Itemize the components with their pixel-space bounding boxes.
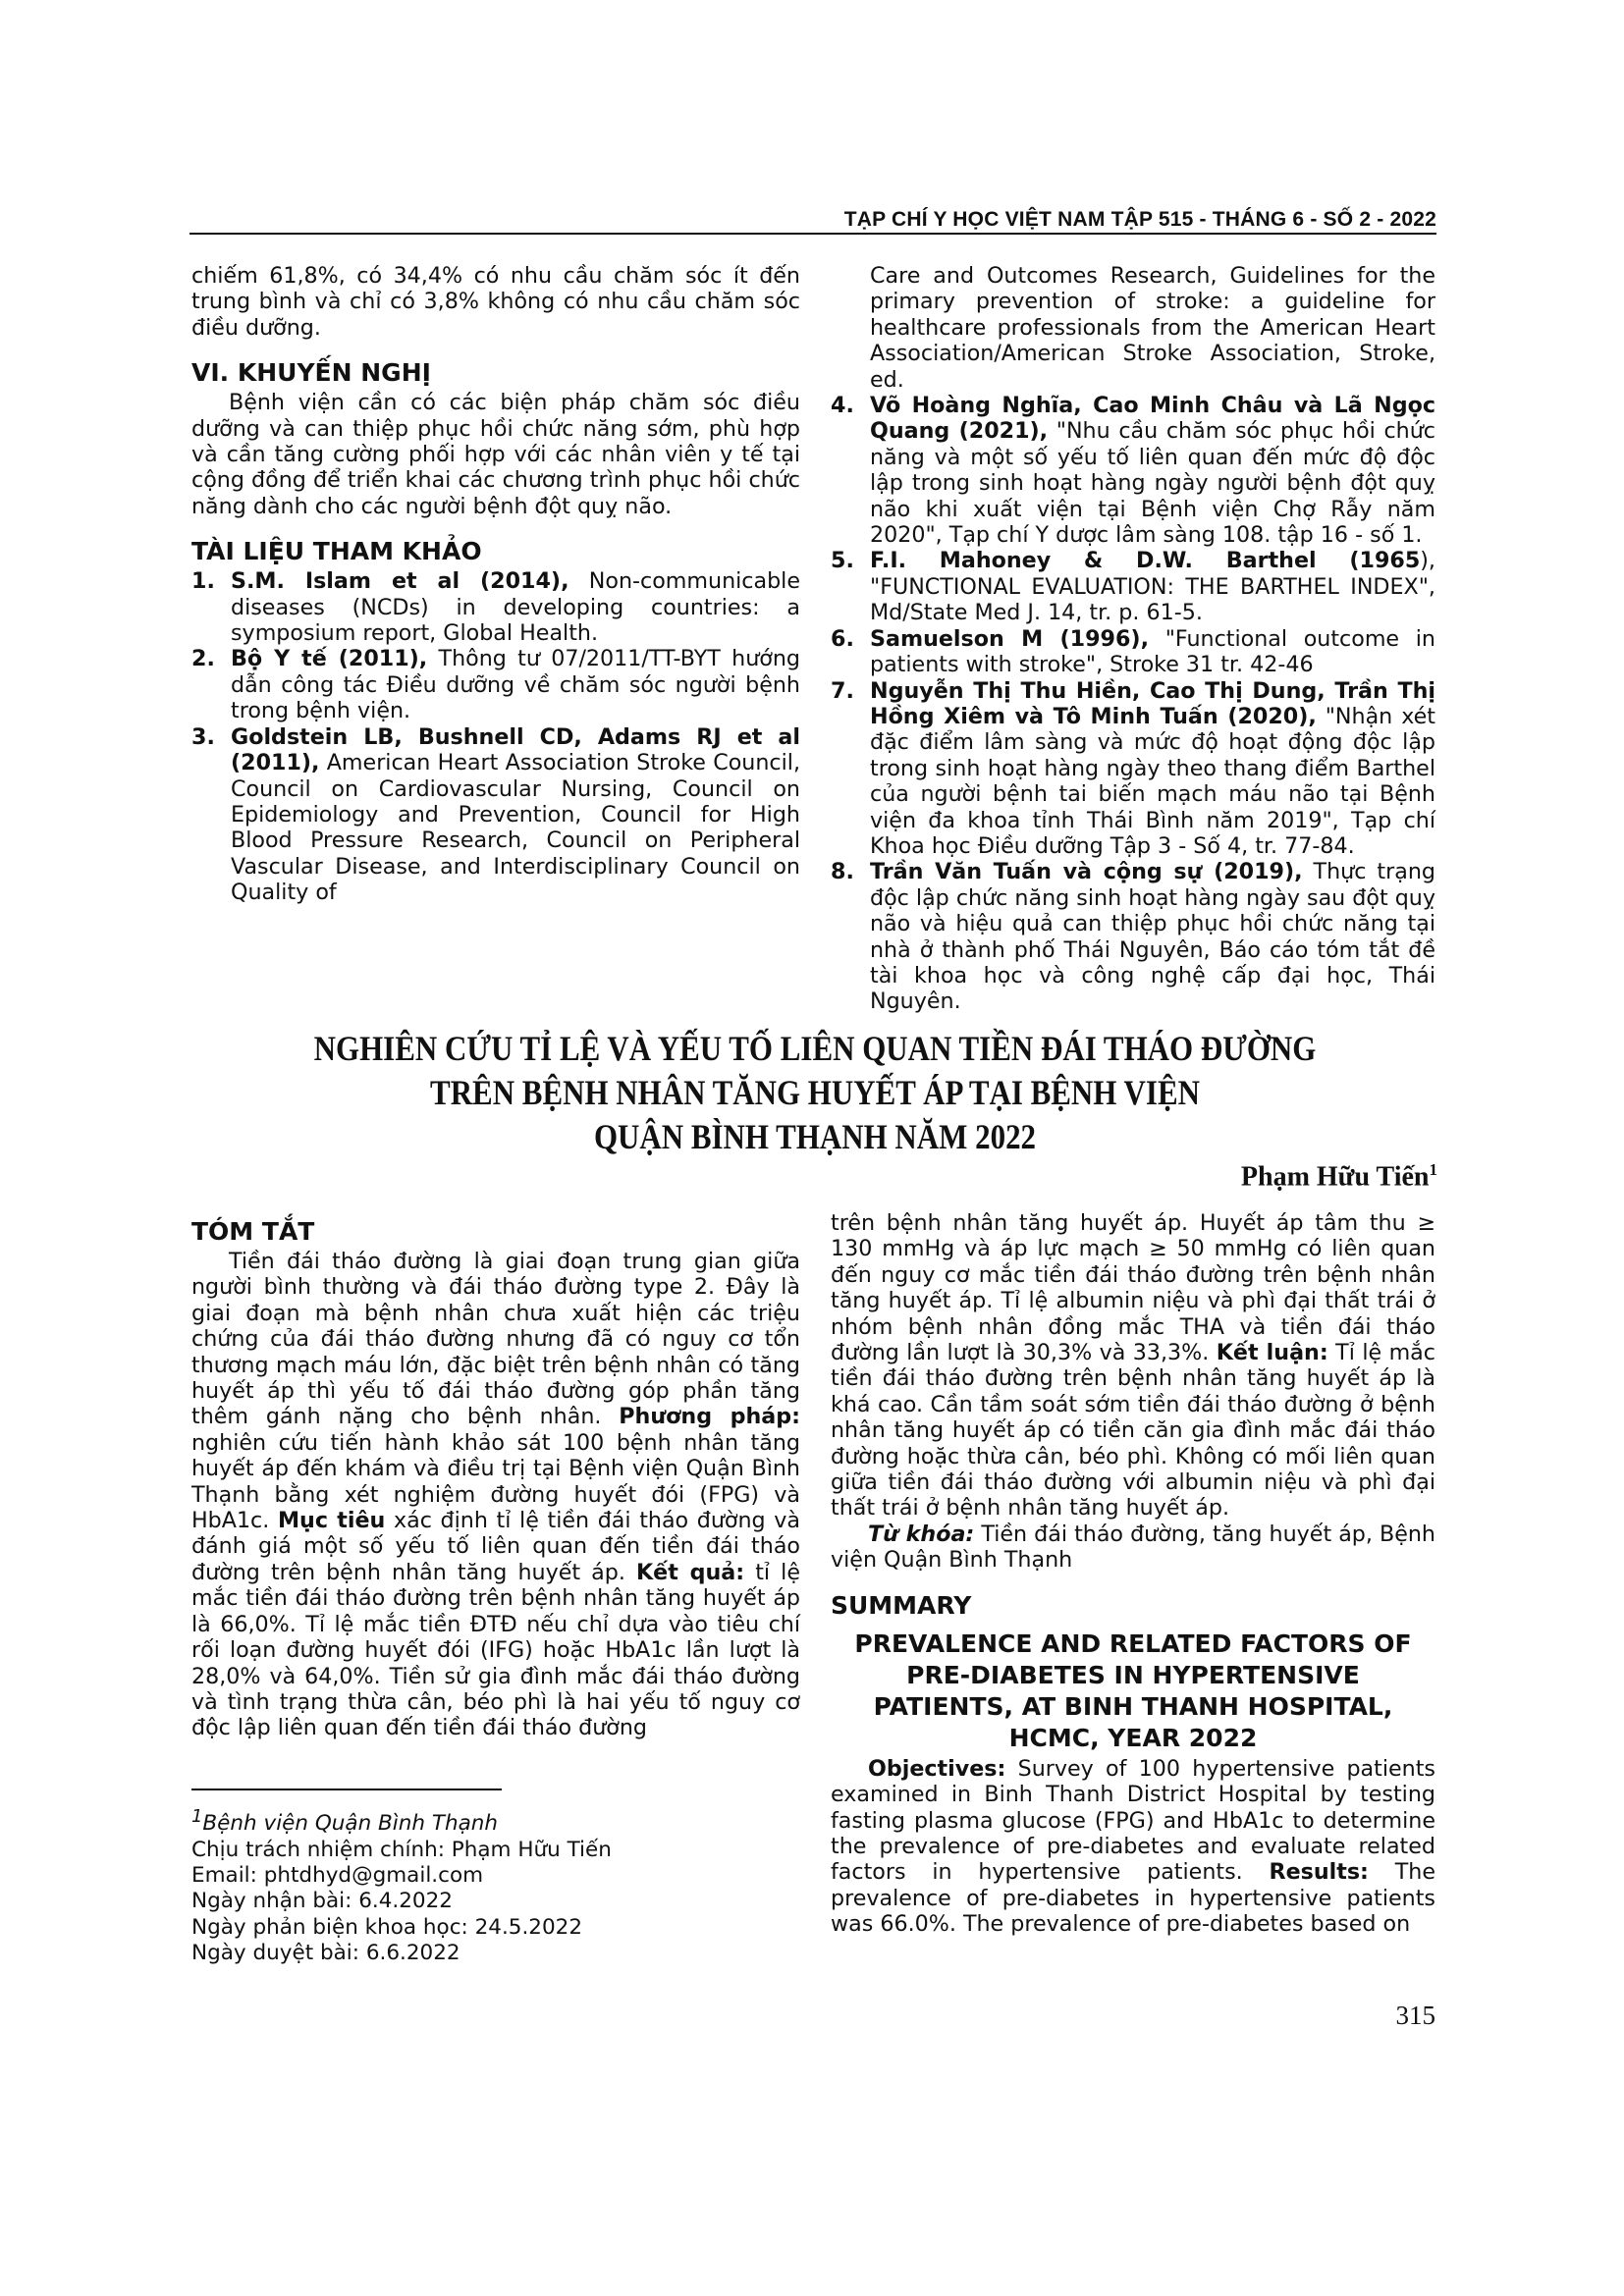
article-title-line: TRÊN BỆNH NHÂN TĂNG HUYẾT ÁP TẠI BỆNH VI… [279, 1071, 1351, 1115]
abstract-paragraph-continued: trên bệnh nhân tăng huyết áp. Huyết áp t… [831, 1210, 1435, 1522]
reference-authors: F.I. Mahoney & D.W. Barthel (1965 [870, 548, 1420, 573]
reference-authors: Trần Văn Tuấn và cộng sự (2019), [870, 859, 1303, 884]
article-title: NGHIÊN CỨU TỈ LỆ VÀ YẾU TỐ LIÊN QUAN TIỀ… [279, 1027, 1351, 1159]
summary-heading: SUMMARY [831, 1591, 1435, 1621]
reference-authors: S.M. Islam et al (2014), [231, 568, 569, 594]
results-label-en: Results: [1270, 1859, 1369, 1885]
objective-label: Mục tiêu [278, 1508, 385, 1533]
keywords: Từ khóa: Tiền đái tháo đường, tăng huyết… [831, 1522, 1435, 1574]
running-head: TẠP CHÍ Y HỌC VIỆT NAM TẬP 515 - THÁNG 6… [189, 208, 1436, 232]
methods-label: Phương pháp: [619, 1404, 800, 1429]
reference-item: 7.Nguyễn Thị Thu Hiền, Cao Thị Dung, Trầ… [831, 678, 1435, 860]
article-title-line: QUẬN BÌNH THẠNH NĂM 2022 [279, 1115, 1351, 1159]
prev-article-left-column: chiếm 61,8%, có 34,4% có nhu cầu chăm só… [191, 263, 800, 906]
reference-item-continuation: Care and Outcomes Research, Guidelines f… [831, 263, 1435, 393]
reference-item: 2.Bộ Y tế (2011), Thông tư 07/2011/TT-BY… [191, 646, 800, 723]
abstract-heading: TÓM TẮT [191, 1217, 800, 1247]
reference-item: 6.Samuelson M (1996), "Functional outcom… [831, 626, 1435, 678]
recommendation-heading: VI. KHUYẾN NGHỊ [191, 358, 800, 388]
journal-page: TẠP CHÍ Y HỌC VIỆT NAM TẬP 515 - THÁNG 6… [0, 0, 1624, 2296]
email: Email: phtdhyd@gmail.com [191, 1863, 781, 1889]
article-author: Phạm Hữu Tiến1 [1241, 1160, 1437, 1193]
accepted-date: Ngày duyệt bài: 6.6.2022 [191, 1941, 781, 1966]
results-label: Kết quả: [636, 1560, 744, 1585]
responsible-author: Chịu trách nhiệm chính: Phạm Hữu Tiến [191, 1838, 781, 1863]
abstract-right-column: trên bệnh nhân tăng huyết áp. Huyết áp t… [831, 1210, 1435, 1938]
footnote-rule [191, 1789, 502, 1790]
reference-authors: Samuelson M (1996), [870, 626, 1149, 652]
reference-item: 5.F.I. Mahoney & D.W. Barthel (1965), "F… [831, 548, 1435, 625]
reference-item: 1.S.M. Islam et al (2014), Non-communica… [191, 568, 800, 646]
reference-item: 8.Trần Văn Tuấn và cộng sự (2019), Thực … [831, 859, 1435, 1014]
abstract-paragraph: Tiền đái tháo đường là giai đoạn trung g… [191, 1249, 800, 1741]
page-number: 315 [1396, 2001, 1436, 2031]
conclusion-label: Kết luận: [1217, 1340, 1328, 1365]
article-title-line: NGHIÊN CỨU TỈ LỆ VÀ YẾU TỐ LIÊN QUAN TIỀ… [279, 1027, 1351, 1071]
reference-list: 1.S.M. Islam et al (2014), Non-communica… [191, 568, 800, 905]
footnotes: 1Bệnh viện Quận Bình Thạnh Chịu trách nh… [191, 1804, 781, 1967]
objectives-label: Objectives: [868, 1756, 1005, 1782]
received-date: Ngày nhận bài: 6.4.2022 [191, 1889, 781, 1914]
conclusion-tail: chiếm 61,8%, có 34,4% có nhu cầu chăm só… [191, 263, 800, 341]
reference-text: Care and Outcomes Research, Guidelines f… [870, 263, 1435, 393]
recommendation-text: Bệnh viện cần có các biện pháp chăm sóc … [191, 390, 800, 519]
keywords-label: Từ khóa: [868, 1522, 974, 1547]
reference-item: 4.Võ Hoàng Nghĩa, Cao Minh Châu và Lã Ng… [831, 393, 1435, 548]
author-affiliation-marker: 1 [1430, 1160, 1438, 1179]
reference-item: 3.Goldstein LB, Bushnell CD, Adams RJ et… [191, 724, 800, 906]
references-heading: TÀI LIỆU THAM KHẢO [191, 537, 800, 566]
reviewed-date: Ngày phản biện khoa học: 24.5.2022 [191, 1915, 781, 1941]
reference-authors: Bộ Y tế (2011), [231, 646, 427, 671]
header-rule [189, 233, 1436, 235]
prev-article-right-column: Care and Outcomes Research, Guidelines f… [831, 263, 1435, 1015]
abstract-left-column: TÓM TẮT Tiền đái tháo đường là giai đoạn… [191, 1217, 800, 1741]
summary-title: PREVALENCE AND RELATED FACTORS OF PRE-DI… [831, 1629, 1435, 1754]
summary-paragraph: Objectives: Survey of 100 hypertensive p… [831, 1756, 1435, 1938]
affiliation-footnote: 1Bệnh viện Quận Bình Thạnh [191, 1804, 781, 1838]
reference-list-continued: Care and Outcomes Research, Guidelines f… [831, 263, 1435, 1015]
